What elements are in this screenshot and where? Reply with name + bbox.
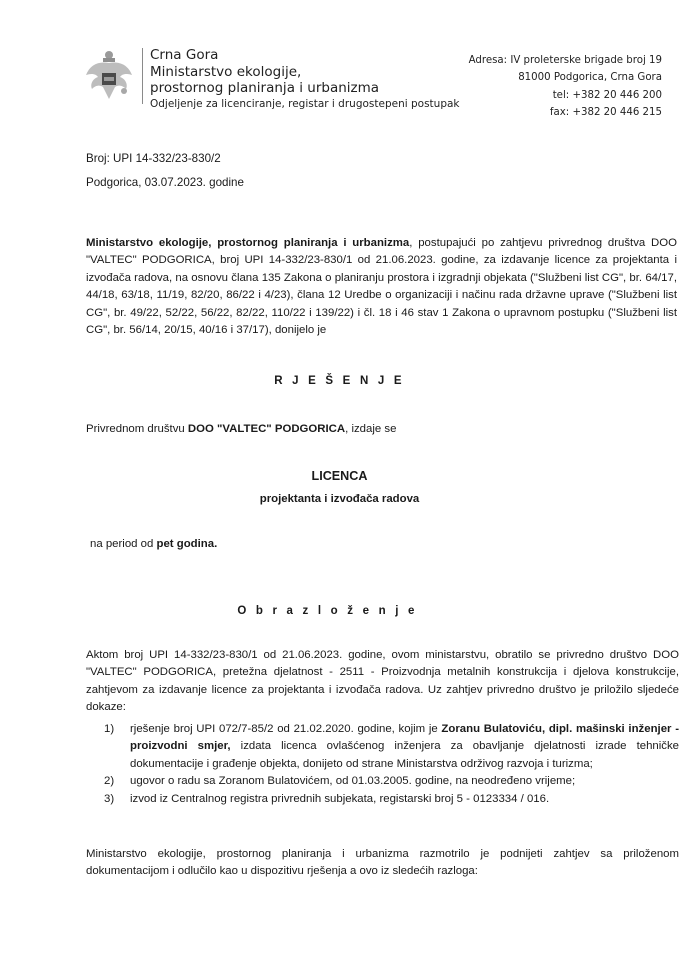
period-bold: pet godina.	[157, 538, 218, 550]
licence-subtitle: projektanta i izvođača radova	[0, 493, 679, 505]
letterhead-divider	[142, 48, 143, 104]
issued-company: DOO "VALTEC" PODGORICA	[188, 423, 345, 435]
evidence-item-3: 3) izvod iz Centralnog registra privredn…	[104, 791, 679, 808]
evidence-item-number: 3)	[104, 791, 130, 808]
licence-period: na period od pet godina.	[90, 538, 217, 550]
reasoning-paragraph-1: Aktom broj UPI 14-332/23-830/1 od 21.06.…	[86, 647, 679, 717]
evidence-item-1: 1) rješenje broj UPI 072/7-85/2 od 21.02…	[104, 721, 679, 773]
issued-pre: Privrednom društvu	[86, 423, 188, 435]
issued-post: , izdaje se	[345, 423, 396, 435]
ministry-name-line1: Ministarstvo ekologije,	[150, 64, 301, 80]
evidence-item-2: 2) ugovor o radu sa Zoranom Bulatovićem,…	[104, 773, 679, 790]
intro-paragraph: Ministarstvo ekologije, prostornog plani…	[86, 235, 677, 339]
country-name: Crna Gora	[150, 47, 218, 63]
reasoning-paragraph-2: Ministarstvo ekologije, prostornog plani…	[86, 846, 679, 881]
evidence-list: 1) rješenje broj UPI 072/7-85/2 od 21.02…	[104, 721, 679, 808]
contact-block: Adresa: IV proleterske brigade broj 19 8…	[469, 52, 662, 121]
department-name: Odjeljenje za licenciranje, registar i d…	[150, 98, 460, 110]
document-number: Broj: UPI 14-332/23-830/2	[86, 152, 221, 165]
intro-text: , postupajući po zahtjevu privrednog dru…	[86, 237, 677, 336]
evidence-item-number: 2)	[104, 773, 130, 790]
place-date: Podgorica, 03.07.2023. godine	[86, 176, 244, 189]
evidence-item-text: izvod iz Centralnog registra privrednih …	[130, 791, 679, 808]
evidence-item-text: ugovor o radu sa Zoranom Bulatovićem, od…	[130, 773, 679, 790]
decision-heading: R J E Š E N J E	[0, 375, 679, 387]
issued-to-line: Privrednom društvu DOO "VALTEC" PODGORIC…	[86, 423, 396, 435]
contact-fax: fax: +382 20 446 215	[469, 104, 662, 121]
reasoning-heading: O b r a z l o ž e n j e	[0, 605, 667, 617]
intro-ministry-bold: Ministarstvo ekologije, prostornog plani…	[86, 237, 409, 249]
contact-city: 81000 Podgorica, Crna Gora	[469, 69, 662, 86]
ministry-name-line2: prostornog planiranja i urbanizma	[150, 80, 379, 96]
evidence-item-number: 1)	[104, 721, 130, 773]
coat-of-arms-icon	[84, 49, 134, 103]
contact-tel: tel: +382 20 446 200	[469, 87, 662, 104]
period-pre: na period od	[90, 538, 157, 550]
contact-address: Adresa: IV proleterske brigade broj 19	[469, 52, 662, 69]
evidence-item-text: rješenje broj UPI 072/7-85/2 od 21.02.20…	[130, 723, 441, 735]
licence-title: LICENCA	[0, 469, 679, 483]
